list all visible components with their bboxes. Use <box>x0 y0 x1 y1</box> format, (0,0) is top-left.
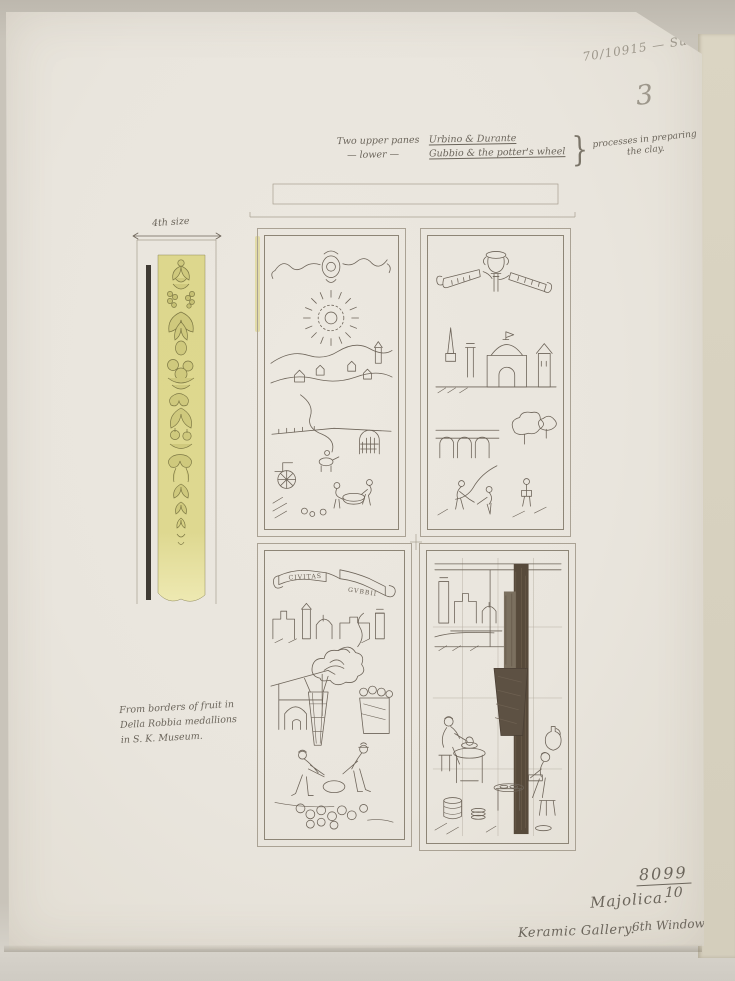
note-line2-label: — lower — <box>337 149 429 162</box>
gallery-note: Keramic Gallery. <box>518 922 635 941</box>
chimney-hood <box>494 668 528 735</box>
window-note: 6th Window. <box>632 916 708 934</box>
gubbio-scene-sketch: CIVITAS GVBBII <box>265 551 404 839</box>
note-line1-value: Urbino & Durante <box>429 132 566 145</box>
note-line1-label: Two upper panes <box>337 135 429 148</box>
panel-top-left-urbino <box>257 228 406 537</box>
panel-top-right-frame <box>427 235 564 530</box>
durante-scene-sketch <box>428 236 563 529</box>
museum-number-numerator: 8099 <box>635 863 691 887</box>
title-note-lines: Two upper panes Urbino & Durante — lower… <box>337 132 566 161</box>
brace-glyph: } <box>572 132 589 168</box>
panel-bottom-right-frame <box>426 550 569 844</box>
panel-bottom-left-frame: CIVITAS GVBBII <box>264 550 405 840</box>
panel-top-right-durante <box>420 228 571 537</box>
drawing-sheet: 70/10915 — Sud 3 Two upper panes Urbino … <box>6 12 704 950</box>
potters-shop-sketch <box>427 551 568 843</box>
architrave-sketch <box>245 178 585 228</box>
panel-bottom-left-gubbio: CIVITAS GVBBII <box>257 543 412 847</box>
banner-right-text: GVBBII <box>347 587 377 599</box>
scanned-drawing-page: { "annotations": { "accession_pencil": "… <box>0 0 735 981</box>
yellow-wash-band <box>158 255 205 601</box>
subject-note: Majolica. <box>589 888 669 911</box>
ornament-strip <box>130 222 225 617</box>
sheet-number: 3 <box>634 79 654 112</box>
source-note: From borders of fruit in Della Robbia me… <box>119 697 238 748</box>
panel-bottom-right-potters-shop <box>419 543 576 851</box>
accession-number: 70/10915 — Sud <box>582 32 698 64</box>
title-note: Two upper panes Urbino & Durante — lower… <box>337 130 698 172</box>
panel-top-left-frame <box>264 235 399 530</box>
brace-note: processes in preparing the clay. <box>592 129 698 162</box>
urbino-scene-sketch <box>265 236 398 529</box>
note-line2-value: Gubbio & the potter's wheel <box>429 146 566 159</box>
dark-edge-bar <box>146 265 151 600</box>
